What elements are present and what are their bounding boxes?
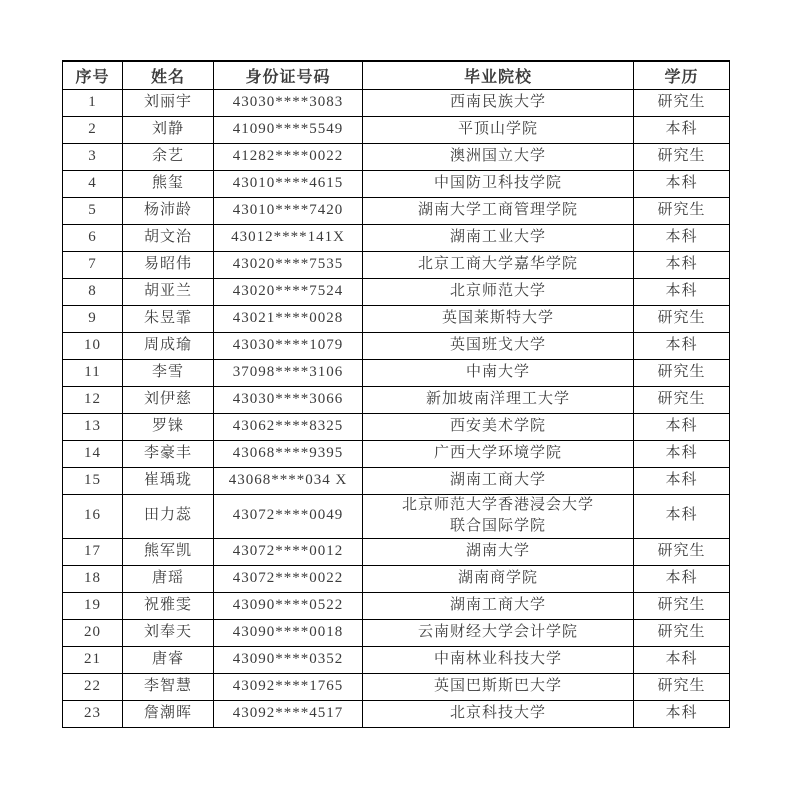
col-header-school: 毕业院校 <box>363 61 634 89</box>
school-cell: 平顶山学院 <box>363 116 634 143</box>
school-cell: 英国莱斯特大学 <box>363 305 634 332</box>
name-cell: 胡文治 <box>123 224 214 251</box>
table-row: 19祝雅雯43090****0522湖南工商大学研究生 <box>63 593 730 620</box>
school-cell: 湖南商学院 <box>363 566 634 593</box>
name-cell: 唐瑶 <box>123 566 214 593</box>
degree-cell: 研究生 <box>634 386 730 413</box>
id-number-cell: 43030****1079 <box>214 332 363 359</box>
table-row: 16田力蕊43072****0049北京师范大学香港浸会大学 联合国际学院本科 <box>63 494 730 539</box>
name-cell: 刘伊慈 <box>123 386 214 413</box>
id-number-cell: 43062****8325 <box>214 413 363 440</box>
id-number-cell: 43010****7420 <box>214 197 363 224</box>
table-row: 14李豪丰43068****9395广西大学环境学院本科 <box>63 440 730 467</box>
name-cell: 罗铼 <box>123 413 214 440</box>
degree-cell: 研究生 <box>634 593 730 620</box>
id-number-cell: 43072****0012 <box>214 539 363 566</box>
table-row: 10周成瑜43030****1079英国班戈大学本科 <box>63 332 730 359</box>
table-row: 15崔瑀珑43068****034 X湖南工商大学本科 <box>63 467 730 494</box>
degree-cell: 本科 <box>634 413 730 440</box>
school-cell: 北京工商大学嘉华学院 <box>363 251 634 278</box>
table-body: 1刘丽宇43030****3083西南民族大学研究生2刘静41090****55… <box>63 89 730 728</box>
serial-cell: 23 <box>63 701 123 728</box>
serial-cell: 13 <box>63 413 123 440</box>
degree-cell: 研究生 <box>634 143 730 170</box>
serial-cell: 19 <box>63 593 123 620</box>
degree-cell: 本科 <box>634 332 730 359</box>
serial-cell: 2 <box>63 116 123 143</box>
name-cell: 李雪 <box>123 359 214 386</box>
school-cell: 英国班戈大学 <box>363 332 634 359</box>
degree-cell: 研究生 <box>634 674 730 701</box>
id-number-cell: 43068****034 X <box>214 467 363 494</box>
name-cell: 刘静 <box>123 116 214 143</box>
table-row: 8胡亚兰43020****7524北京师范大学本科 <box>63 278 730 305</box>
school-cell: 北京师范大学 <box>363 278 634 305</box>
id-number-cell: 43030****3066 <box>214 386 363 413</box>
id-number-cell: 43092****4517 <box>214 701 363 728</box>
school-cell: 湖南工商大学 <box>363 467 634 494</box>
table-row: 18唐瑶43072****0022湖南商学院本科 <box>63 566 730 593</box>
id-number-cell: 43090****0352 <box>214 647 363 674</box>
school-cell: 北京科技大学 <box>363 701 634 728</box>
school-cell: 中南林业科技大学 <box>363 647 634 674</box>
col-header-name: 姓名 <box>123 61 214 89</box>
table-row: 9朱昱霏43021****0028英国莱斯特大学研究生 <box>63 305 730 332</box>
table-row: 21唐睿43090****0352中南林业科技大学本科 <box>63 647 730 674</box>
table-row: 20刘奉天43090****0018云南财经大学会计学院研究生 <box>63 620 730 647</box>
name-cell: 杨沛龄 <box>123 197 214 224</box>
school-cell: 湖南工商大学 <box>363 593 634 620</box>
serial-cell: 11 <box>63 359 123 386</box>
degree-cell: 本科 <box>634 647 730 674</box>
id-number-cell: 43020****7535 <box>214 251 363 278</box>
table-row: 12刘伊慈43030****3066新加坡南洋理工大学研究生 <box>63 386 730 413</box>
name-cell: 熊玺 <box>123 170 214 197</box>
table-row: 13罗铼43062****8325西安美术学院本科 <box>63 413 730 440</box>
id-number-cell: 43030****3083 <box>214 89 363 116</box>
id-number-cell: 43010****4615 <box>214 170 363 197</box>
degree-cell: 研究生 <box>634 359 730 386</box>
table-row: 3余艺41282****0022澳洲国立大学研究生 <box>63 143 730 170</box>
name-cell: 刘奉天 <box>123 620 214 647</box>
serial-cell: 1 <box>63 89 123 116</box>
name-cell: 朱昱霏 <box>123 305 214 332</box>
name-cell: 胡亚兰 <box>123 278 214 305</box>
name-cell: 周成瑜 <box>123 332 214 359</box>
serial-cell: 8 <box>63 278 123 305</box>
serial-cell: 4 <box>63 170 123 197</box>
table-row: 23詹潮晖43092****4517北京科技大学本科 <box>63 701 730 728</box>
id-number-cell: 43090****0018 <box>214 620 363 647</box>
name-cell: 祝雅雯 <box>123 593 214 620</box>
serial-cell: 15 <box>63 467 123 494</box>
serial-cell: 3 <box>63 143 123 170</box>
id-number-cell: 41090****5549 <box>214 116 363 143</box>
serial-cell: 5 <box>63 197 123 224</box>
col-header-degree: 学历 <box>634 61 730 89</box>
degree-cell: 本科 <box>634 701 730 728</box>
id-number-cell: 43072****0049 <box>214 494 363 539</box>
name-cell: 刘丽宇 <box>123 89 214 116</box>
serial-cell: 17 <box>63 539 123 566</box>
id-number-cell: 43020****7524 <box>214 278 363 305</box>
col-header-id-number: 身份证号码 <box>214 61 363 89</box>
table-row: 7易昭伟43020****7535北京工商大学嘉华学院本科 <box>63 251 730 278</box>
serial-cell: 21 <box>63 647 123 674</box>
school-cell: 湖南大学 <box>363 539 634 566</box>
serial-cell: 6 <box>63 224 123 251</box>
name-cell: 李豪丰 <box>123 440 214 467</box>
graduate-roster-table: 序号 姓名 身份证号码 毕业院校 学历 1刘丽宇43030****3083西南民… <box>62 60 730 728</box>
school-cell: 英国巴斯斯巴大学 <box>363 674 634 701</box>
id-number-cell: 43021****0028 <box>214 305 363 332</box>
id-number-cell: 43090****0522 <box>214 593 363 620</box>
serial-cell: 18 <box>63 566 123 593</box>
degree-cell: 研究生 <box>634 620 730 647</box>
degree-cell: 本科 <box>634 440 730 467</box>
id-number-cell: 43068****9395 <box>214 440 363 467</box>
degree-cell: 本科 <box>634 467 730 494</box>
id-number-cell: 43092****1765 <box>214 674 363 701</box>
serial-cell: 12 <box>63 386 123 413</box>
degree-cell: 本科 <box>634 566 730 593</box>
degree-cell: 本科 <box>634 251 730 278</box>
school-cell: 湖南大学工商管理学院 <box>363 197 634 224</box>
degree-cell: 研究生 <box>634 305 730 332</box>
school-cell: 新加坡南洋理工大学 <box>363 386 634 413</box>
id-number-cell: 41282****0022 <box>214 143 363 170</box>
table-row: 1刘丽宇43030****3083西南民族大学研究生 <box>63 89 730 116</box>
name-cell: 熊军凯 <box>123 539 214 566</box>
school-cell: 中国防卫科技学院 <box>363 170 634 197</box>
serial-cell: 16 <box>63 494 123 539</box>
name-cell: 田力蕊 <box>123 494 214 539</box>
school-cell: 西南民族大学 <box>363 89 634 116</box>
name-cell: 詹潮晖 <box>123 701 214 728</box>
school-cell: 广西大学环境学院 <box>363 440 634 467</box>
name-cell: 崔瑀珑 <box>123 467 214 494</box>
table-row: 22李智慧43092****1765英国巴斯斯巴大学研究生 <box>63 674 730 701</box>
school-cell: 澳洲国立大学 <box>363 143 634 170</box>
degree-cell: 本科 <box>634 170 730 197</box>
school-cell: 中南大学 <box>363 359 634 386</box>
serial-cell: 9 <box>63 305 123 332</box>
document-page: 序号 姓名 身份证号码 毕业院校 学历 1刘丽宇43030****3083西南民… <box>0 0 803 800</box>
col-header-serial: 序号 <box>63 61 123 89</box>
degree-cell: 研究生 <box>634 89 730 116</box>
name-cell: 李智慧 <box>123 674 214 701</box>
degree-cell: 本科 <box>634 116 730 143</box>
degree-cell: 本科 <box>634 278 730 305</box>
serial-cell: 14 <box>63 440 123 467</box>
table-row: 5杨沛龄43010****7420湖南大学工商管理学院研究生 <box>63 197 730 224</box>
id-number-cell: 43072****0022 <box>214 566 363 593</box>
school-cell: 西安美术学院 <box>363 413 634 440</box>
school-cell: 北京师范大学香港浸会大学 联合国际学院 <box>363 494 634 539</box>
name-cell: 唐睿 <box>123 647 214 674</box>
serial-cell: 7 <box>63 251 123 278</box>
id-number-cell: 43012****141X <box>214 224 363 251</box>
degree-cell: 本科 <box>634 494 730 539</box>
table-row: 2刘静41090****5549平顶山学院本科 <box>63 116 730 143</box>
degree-cell: 研究生 <box>634 539 730 566</box>
table-row: 6胡文治43012****141X湖南工业大学本科 <box>63 224 730 251</box>
serial-cell: 20 <box>63 620 123 647</box>
serial-cell: 22 <box>63 674 123 701</box>
degree-cell: 本科 <box>634 224 730 251</box>
table-row: 11李雪37098****3106中南大学研究生 <box>63 359 730 386</box>
name-cell: 易昭伟 <box>123 251 214 278</box>
header-row: 序号 姓名 身份证号码 毕业院校 学历 <box>63 61 730 89</box>
degree-cell: 研究生 <box>634 197 730 224</box>
school-cell: 湖南工业大学 <box>363 224 634 251</box>
table-row: 17熊军凯43072****0012湖南大学研究生 <box>63 539 730 566</box>
school-cell: 云南财经大学会计学院 <box>363 620 634 647</box>
id-number-cell: 37098****3106 <box>214 359 363 386</box>
name-cell: 余艺 <box>123 143 214 170</box>
table-row: 4熊玺43010****4615中国防卫科技学院本科 <box>63 170 730 197</box>
serial-cell: 10 <box>63 332 123 359</box>
